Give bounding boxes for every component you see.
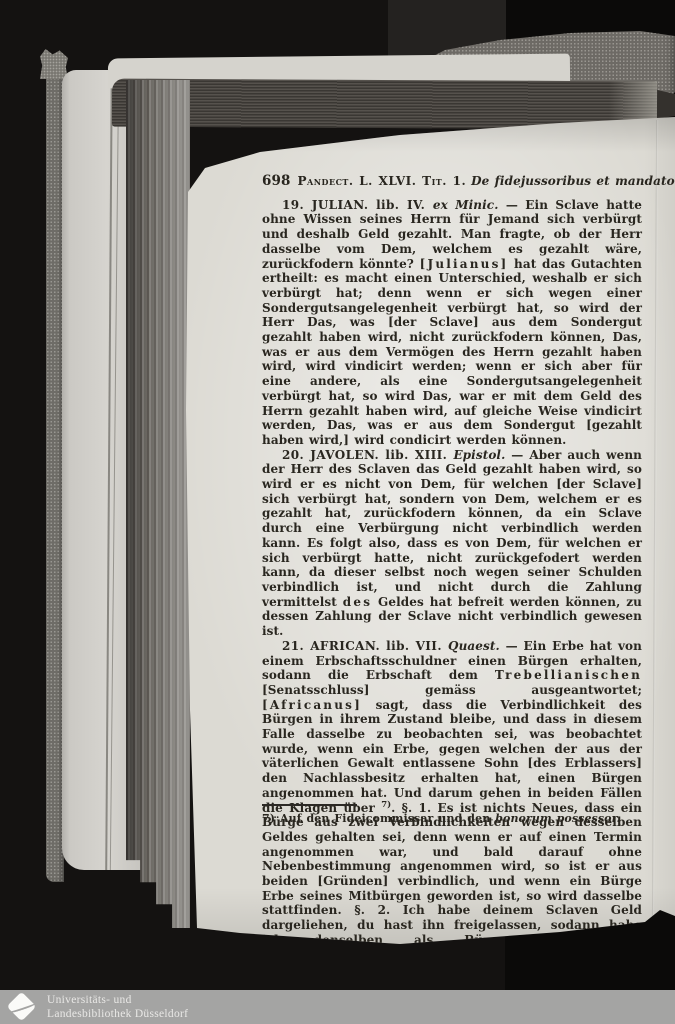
page-right-crease: [652, 120, 658, 930]
paragraph-21: 21. AFRICAN. lib. VII. Quaest. — Ein Erb…: [262, 639, 642, 962]
paragraph-20: 20. JAVOLEN. lib. XIII. Epistol. — Aber …: [262, 448, 642, 639]
page-text-block: 698Pandect. L. XLVI. Tit. 1.De fidejusso…: [262, 174, 642, 874]
footnote-rule: [262, 804, 357, 806]
running-header: 698Pandect. L. XLVI. Tit. 1.De fidejusso…: [262, 174, 642, 189]
library-name-line2: Landesbibliothek Düsseldorf: [47, 1007, 188, 1021]
library-name: Universitäts- und Landesbibliothek Düsse…: [47, 993, 188, 1021]
page-number: 698: [262, 173, 290, 189]
scanned-page: 698Pandect. L. XLVI. Tit. 1.De fidejusso…: [150, 110, 675, 955]
book-scan-scene: 698Pandect. L. XLVI. Tit. 1.De fidejusso…: [0, 0, 675, 1024]
paragraph-19: 19. JULIAN. lib. IV. ex Minic. — Ein Scl…: [262, 198, 642, 448]
header-title: Pandect. L. XLVI. Tit. 1.: [297, 174, 466, 188]
cover-frayed-corner: [40, 49, 68, 79]
footnote-text: 7) Auf den Fideicommissar und den bonoru…: [262, 812, 642, 825]
library-watermark-banner: Universitäts- und Landesbibliothek Düsse…: [0, 990, 675, 1024]
library-logo-icon: [5, 993, 41, 1021]
footnote-block: 7) Auf den Fideicommissar und den bonoru…: [262, 804, 642, 825]
page-stack-left-edge: [126, 80, 190, 928]
header-title-latin: De fidejussoribus et mandatoribus.: [471, 174, 675, 188]
page-stack-top-edge: [112, 79, 657, 130]
library-name-line1: Universitäts- und: [47, 993, 188, 1007]
